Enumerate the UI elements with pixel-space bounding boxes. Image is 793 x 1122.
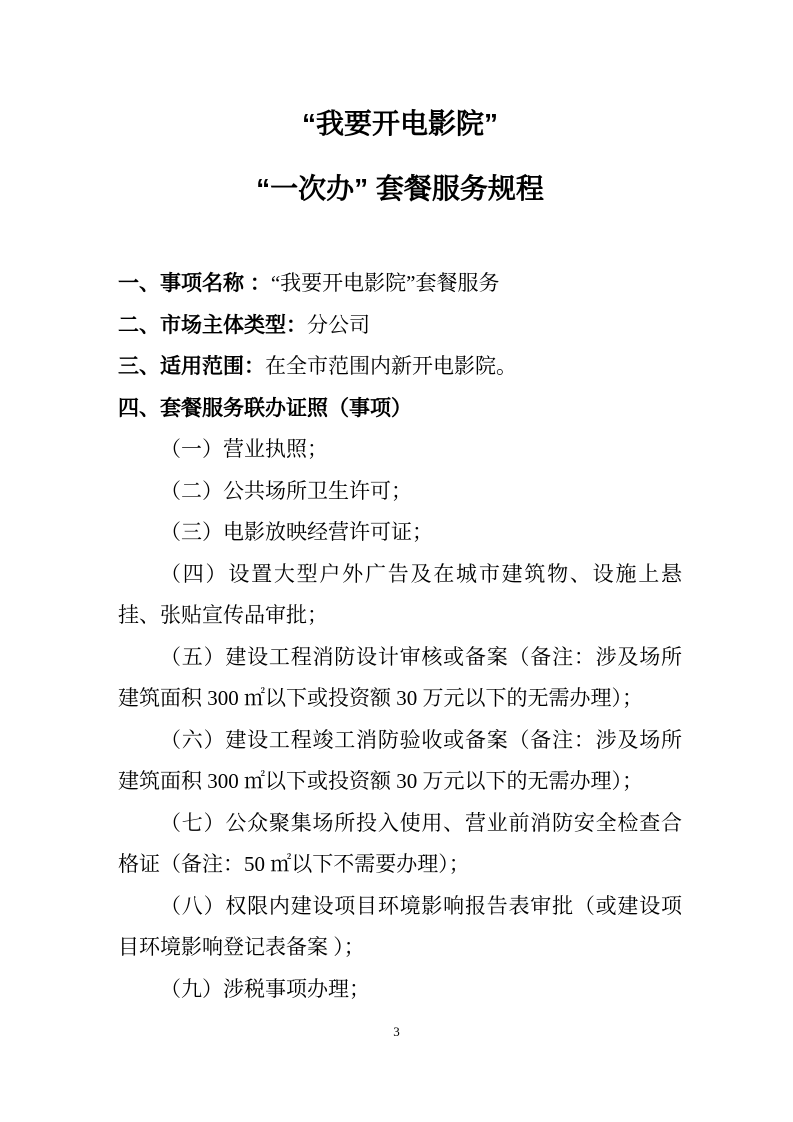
section-heading-licenses: 四、套餐服务联办证照（事项） [118,388,682,430]
section-heading-item-name: 一、事项名称 ：“我要开电影院”套餐服务 [118,263,682,305]
list-item-4: （四）设置大型户外广告及在城市建筑物、设施上悬挂、张贴宣传品审批； [118,554,682,637]
list-item-5: （五）建设工程消防设计审核或备案（备注：涉及场所建筑面积 300 ㎡以下或投资额… [118,637,682,720]
document-title-line1: “我要开电影院” [118,102,682,146]
section-heading-label: 三、适用范围： [118,355,265,378]
page-number: 3 [0,1024,793,1040]
section-heading-entity-type: 二、市场主体类型：分公司 [118,305,682,347]
list-item-7: （七）公众聚集场所投入使用、营业前消防安全检查合格证（备注：50 ㎡以下不需要办… [118,803,682,886]
list-item-9: （九）涉税事项办理； [118,969,682,1011]
section-heading-scope: 三、适用范围：在全市范围内新开电影院。 [118,346,682,388]
section-heading-label: 二、市场主体类型： [118,314,307,337]
section-heading-value: 分公司 [307,313,370,337]
document-content: “我要开电影院” “一次办” 套餐服务规程 一、事项名称 ：“我要开电影院”套餐… [0,0,793,1010]
list-item-6: （六）建设工程竣工消防验收或备案（备注：涉及场所建筑面积 300 ㎡以下或投资额… [118,720,682,803]
list-item-8: （八）权限内建设项目环境影响报告表审批（或建设项目环境影响登记表备案 ）； [118,886,682,969]
document-page: “我要开电影院” “一次办” 套餐服务规程 一、事项名称 ：“我要开电影院”套餐… [0,0,793,1122]
document-body: 一、事项名称 ：“我要开电影院”套餐服务 二、市场主体类型：分公司 三、适用范围… [118,263,682,1010]
list-item-2: （二）公共场所卫生许可； [118,471,682,513]
list-item-1: （一）营业执照； [118,429,682,471]
section-heading-value: 在全市范围内新开电影院。 [265,354,517,378]
document-title: “我要开电影院” “一次办” 套餐服务规程 [118,102,682,211]
section-heading-label: 一、事项名称 ： [118,272,271,295]
section-heading-label: 四、套餐服务联办证照（事项） [118,397,412,420]
section-heading-value: “我要开电影院”套餐服务 [271,271,500,295]
document-title-line2: “一次办” 套餐服务规程 [118,167,682,211]
list-item-3: （三）电影放映经营许可证； [118,512,682,554]
